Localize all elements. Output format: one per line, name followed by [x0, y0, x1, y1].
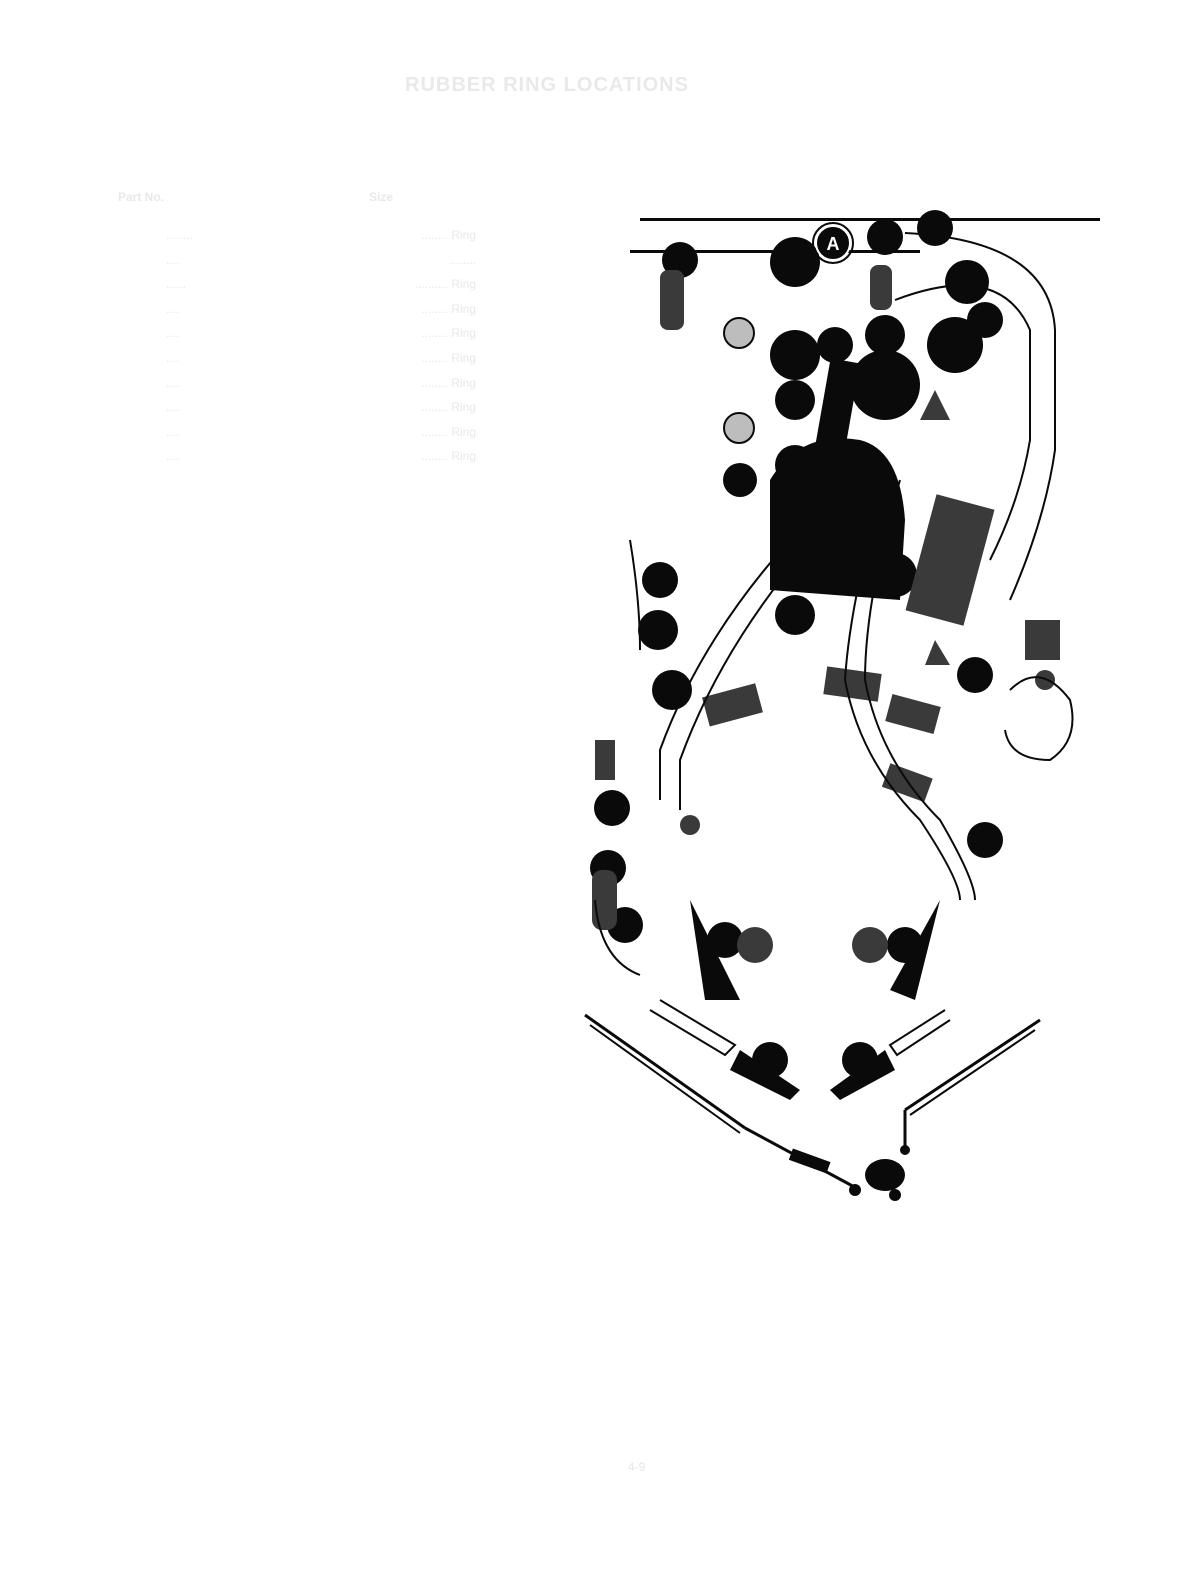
top-rail	[640, 218, 1100, 221]
svg-text:A: A	[827, 234, 840, 254]
playfield-diagram: A	[0, 0, 1186, 1586]
callout-a: A	[813, 223, 853, 263]
page-number: 4-9	[628, 1460, 645, 1474]
